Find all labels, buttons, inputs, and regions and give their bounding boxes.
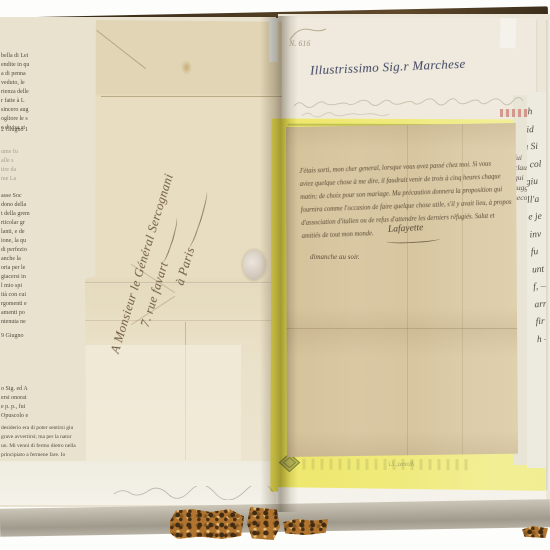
printed-text-line: un. Mi venni di fermo dietro nella [1,442,89,451]
printed-text-line: anche la [1,255,89,264]
pencil-number-note: N. 616 [289,39,310,48]
marbled-cover-fragment [247,507,280,540]
printed-text-line: dono della [1,201,89,210]
printed-text-block-2: asse Socdono dellat della gremrticolar g… [1,192,89,327]
printed-text-line: ersi onorat [1,394,89,403]
printed-text-line: giacersi in [1,273,89,282]
printed-text-block-1: bella di Leiendite in qua di pennaveduto… [1,52,89,133]
printed-text-line: oria per le [1,264,89,273]
marbled-cover-fragment [170,509,244,539]
printed-text-line: alle s [1,157,89,166]
printed-text-line: ume fu [1,148,89,157]
handwriting-fragment: inv [529,226,547,245]
printed-text-line: rienza delle [1,88,89,97]
printed-text-faint-block: ume fualle stire dame La [1,148,89,184]
photo-open-album-with-letters: bella di Leiendite in qua di pennaveduto… [0,0,550,550]
printed-text-line: 2 Giugno 1 [1,126,89,135]
pencil-scribble [112,486,277,500]
folded-address-letter: A Monsieur le Général Sercognani 7. rue … [85,20,282,462]
handwriting-fragment: e je [528,208,546,227]
handwriting-fragment: ll'a [527,191,544,210]
handwriting-fragment: eid [527,121,540,140]
printed-text-line: sincero aug [1,106,89,115]
ink-show-through-writing [292,94,538,122]
printed-text-line: endite in qu [1,61,89,70]
printed-text-line: tire da [1,166,89,175]
mirrored-print-text: Roma, Li [388,460,414,468]
printed-text-line: asse Soc [1,192,89,201]
marbled-cover-fragment [283,519,328,535]
handwritten-address: A Monsieur le Général Sercognani 7. rue … [105,140,230,369]
right-page-edge-stack [546,20,550,490]
handwriting-fragment: i col [527,156,542,175]
printed-text-line: ità con cui [1,291,89,300]
gutter-paper-edge [269,18,278,62]
handwriting-fragment: giu [527,174,543,193]
printed-text-line: e p. p., fui [1,403,89,412]
printed-text-line: rgomenti e [1,300,89,309]
printed-text-line: ogliore le s [1,115,89,124]
page-edge-sliver [499,18,516,49]
printed-text-line: r fatte à L [1,97,89,106]
printed-text-line: a di penna [1,70,89,79]
paper-stain [181,60,192,75]
printed-text-line: principiato a fermene fare. Io [1,451,89,460]
printed-text-line: desiderio era di poter sentirsi giu [1,424,89,433]
fold-crease [96,30,145,69]
printed-text-line: veduto, le [1,79,89,88]
signature: Lafayette [388,223,424,235]
printed-text-line: ione, la qu [1,237,89,246]
printed-text-line: t della grem [1,210,89,219]
printed-text-block-3: o Sig. ed Aersi onorate p. p., fuiOpusco… [1,385,89,421]
printed-text-line: ntenuta ne [1,318,89,327]
wax-wafer-seal [243,250,265,280]
fold-crease [101,96,282,97]
printed-date-line-1: 2 Giugno 1 [1,126,89,135]
letter-dateline: dimanche au soir. [310,253,360,261]
marbled-cover-fragment [522,526,548,538]
printed-text-line: Opuscolo e [1,412,89,421]
printed-text-line: me La [1,175,89,184]
printed-text-line: grave avvertirsi; ma per la natur [1,433,89,442]
printed-text-line: 9 Giugno [1,332,89,341]
handwriting-fragment: a Si [527,139,541,158]
printed-text-line: rticolar gr [1,219,89,228]
pasted-autograph-letter: J'étais sorti, mon cher general, lorsque… [286,123,518,457]
fold-crease [286,328,518,329]
printed-text-line: l mio spi [1,282,89,291]
printed-text-line: o Sig. ed A [1,385,89,394]
printed-text-line: amenti po [1,309,89,318]
printed-date-line-2: 9 Giugno [1,332,89,341]
printed-text-line: di perfezio [1,246,89,255]
printed-text-line: bella di Lei [1,52,89,61]
printed-text-line: lanti, e de [1,228,89,237]
